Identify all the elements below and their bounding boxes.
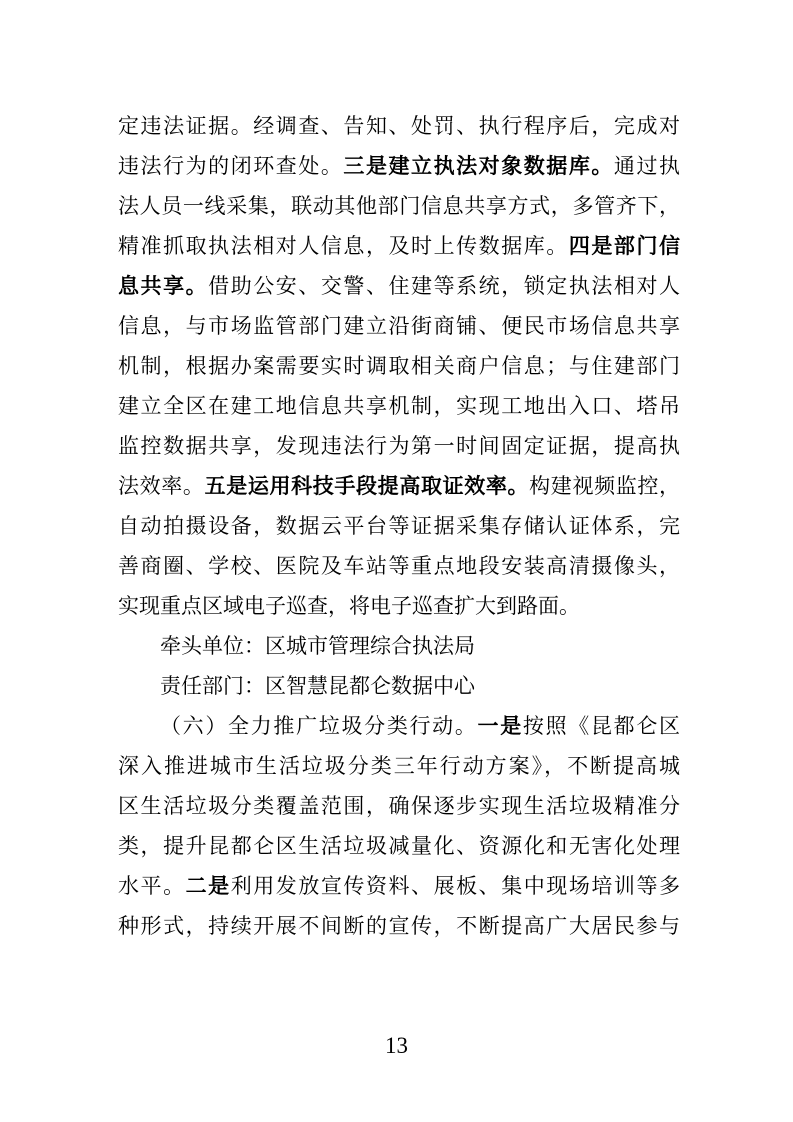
body-line: 息共享。借助公安、交警、住建等系统，锁定执法相对人 <box>118 267 680 307</box>
document-text-block: 定违法证据。经调查、告知、处罚、执行程序后，完成对 违法行为的闭环查处。三是建立… <box>118 107 680 947</box>
body-line: 深入推进城市生活垃圾分类三年行动方案》，不断提高城 <box>118 747 680 787</box>
text-segment: 类，提升昆都仑区生活垃圾减量化、资源化和无害化处理 <box>118 835 680 858</box>
text-segment: 区生活垃圾分类覆盖范围，确保逐步实现生活垃圾精准分 <box>118 795 680 818</box>
body-line: 水平。二是利用发放宣传资料、展板、集中现场培训等多 <box>118 867 680 907</box>
text-segment: 定违法证据。经调查、告知、处罚、执行程序后，完成对 <box>118 115 680 138</box>
body-line: 种形式，持续开展不间断的宣传，不断提高广大居民参与 <box>118 907 680 947</box>
bold-text-segment: 三是建立执法对象数据库。 <box>343 155 614 178</box>
body-line: 机制，根据办案需要实时调取相关商户信息；与住建部门 <box>118 347 680 387</box>
text-segment: （六）全力推广垃圾分类行动。 <box>160 715 478 738</box>
text-segment: 水平。 <box>118 875 186 898</box>
page-number: 13 <box>0 1032 793 1060</box>
text-segment: 违法行为的闭环查处。 <box>118 155 343 178</box>
body-line: 监控数据共享，发现违法行为第一时间固定证据，提高执 <box>118 427 680 467</box>
body-line: 法人员一线采集，联动其他部门信息共享方式，多管齐下， <box>118 187 680 227</box>
body-line: 信息，与市场监管部门建立沿街商铺、便民市场信息共享 <box>118 307 680 347</box>
text-segment: 实现重点区域电子巡查，将电子巡查扩大到路面。 <box>118 595 580 618</box>
text-segment: 精准抓取执法相对人信息，及时上传数据库。 <box>118 235 569 258</box>
text-segment: 牵头单位：区城市管理综合执法局 <box>160 635 475 658</box>
text-segment: 机制，根据办案需要实时调取相关商户信息；与住建部门 <box>118 355 680 378</box>
bold-text-segment: 五是运用科技手段提高取证效率。 <box>205 475 530 498</box>
text-segment: 法人员一线采集，联动其他部门信息共享方式，多管齐下， <box>118 195 680 218</box>
text-segment: 责任部门：区智慧昆都仑数据中心 <box>160 675 475 698</box>
document-page: 定违法证据。经调查、告知、处罚、执行程序后，完成对 违法行为的闭环查处。三是建立… <box>0 0 793 1122</box>
text-segment: 信息，与市场监管部门建立沿街商铺、便民市场信息共享 <box>118 315 680 338</box>
body-line: 建立全区在建工地信息共享机制，实现工地出入口、塔吊 <box>118 387 680 427</box>
text-segment: 通过执 <box>614 155 680 178</box>
body-line: 精准抓取执法相对人信息，及时上传数据库。四是部门信 <box>118 227 680 267</box>
body-line: 违法行为的闭环查处。三是建立执法对象数据库。通过执 <box>118 147 680 187</box>
text-segment: 建立全区在建工地信息共享机制，实现工地出入口、塔吊 <box>118 395 680 418</box>
text-segment: 自动拍摄设备，数据云平台等证据采集存储认证体系，完 <box>118 515 680 538</box>
bold-text-segment: 一是 <box>478 715 523 738</box>
responsible-dept-line: 责任部门：区智慧昆都仑数据中心 <box>118 667 680 707</box>
text-segment: 善商圈、学校、医院及车站等重点地段安装高清摄像头， <box>118 555 680 578</box>
body-line: 实现重点区域电子巡查，将电子巡查扩大到路面。 <box>118 587 680 627</box>
body-line: 善商圈、学校、医院及车站等重点地段安装高清摄像头， <box>118 547 680 587</box>
text-segment: 借助公安、交警、住建等系统，锁定执法相对人 <box>208 275 680 298</box>
text-segment: 深入推进城市生活垃圾分类三年行动方案》，不断提高城 <box>118 755 680 778</box>
text-segment: 法效率。 <box>118 475 205 498</box>
body-line: 自动拍摄设备，数据云平台等证据采集存储认证体系，完 <box>118 507 680 547</box>
text-segment: 按照《昆都仑区 <box>523 715 680 738</box>
body-line: 类，提升昆都仑区生活垃圾减量化、资源化和无害化处理 <box>118 827 680 867</box>
text-segment: 监控数据共享，发现违法行为第一时间固定证据，提高执 <box>118 435 680 458</box>
body-line: 法效率。五是运用科技手段提高取证效率。构建视频监控， <box>118 467 680 507</box>
bold-text-segment: 四是部门信 <box>569 235 680 258</box>
body-line: 区生活垃圾分类覆盖范围，确保逐步实现生活垃圾精准分 <box>118 787 680 827</box>
body-line: 定违法证据。经调查、告知、处罚、执行程序后，完成对 <box>118 107 680 147</box>
text-segment: 种形式，持续开展不间断的宣传，不断提高广大居民参与 <box>118 915 680 938</box>
bold-text-segment: 息共享。 <box>118 275 208 298</box>
text-segment: 利用发放宣传资料、展板、集中现场培训等多 <box>231 875 680 898</box>
bold-text-segment: 二是 <box>186 875 231 898</box>
text-segment: 构建视频监控， <box>529 475 680 498</box>
lead-unit-line: 牵头单位：区城市管理综合执法局 <box>118 627 680 667</box>
section-heading-line: （六）全力推广垃圾分类行动。一是按照《昆都仑区 <box>118 707 680 747</box>
